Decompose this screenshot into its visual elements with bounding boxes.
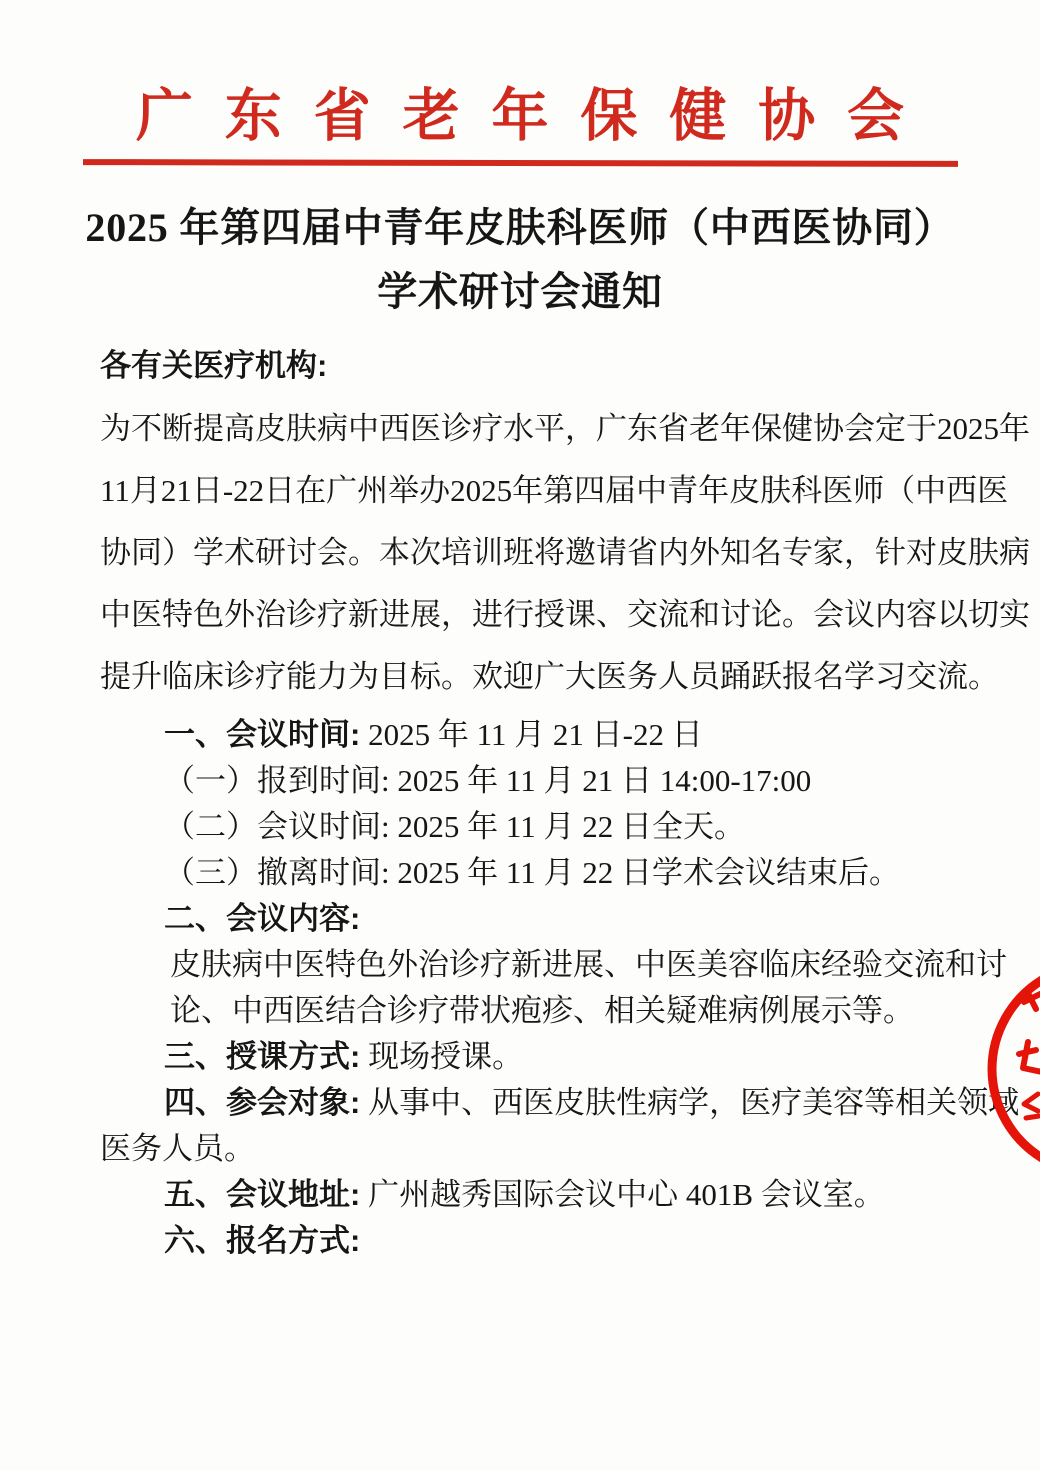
list-line-text: 皮肤病中医特色外治诊疗新进展、中医美容临床经验交流和讨	[170, 947, 1007, 982]
list-line-text: （三）撤离时间: 2025 年 11 月 22 日学术会议结束后。	[164, 855, 900, 890]
document-title: 2025 年第四届中青年皮肤科医师（中西医协同） 学术研讨会通知	[60, 196, 980, 324]
salutation: 各有关医疗机构:	[100, 344, 944, 388]
list-line-checkin-time: （一）报到时间: 2025 年 11 月 21 日 14:00-17:00	[100, 758, 944, 804]
intro-line: 中医特色外治诊疗新进展，进行授课、交流和讨论。会议内容以切实	[100, 584, 944, 646]
intro-line: 协同）学术研讨会。本次培训班将邀请省内外知名专家，针对皮肤病	[100, 522, 944, 584]
list-line-text: （二）会议时间: 2025 年 11 月 22 日全天。	[164, 809, 745, 844]
list-line-text: 广州越秀国际会议中心 401B 会议室。	[360, 1177, 884, 1212]
intro-line: 11月21日-22日在广州举办2025年第四届中青年皮肤科医师（中西医	[100, 460, 944, 522]
agenda-list: 一、会议时间: 2025 年 11 月 21 日-22 日 （一）报到时间: 2…	[100, 712, 944, 1264]
list-line-content-2: 论、中西医结合诊疗带状疱疹、相关疑难病例展示等。	[100, 988, 944, 1034]
list-line-label: 一、会议时间:	[164, 717, 360, 752]
list-line-venue: 五、会议地址: 广州越秀国际会议中心 401B 会议室。	[100, 1172, 944, 1218]
red-seal-fragment-icon	[986, 962, 1040, 1174]
list-line-text: 论、中西医结合诊疗带状疱疹、相关疑难病例展示等。	[170, 993, 914, 1028]
list-line-content-heading: 二、会议内容:	[100, 896, 944, 942]
list-line-label: 二、会议内容:	[164, 901, 360, 936]
list-line-label: 四、参会对象:	[164, 1085, 360, 1120]
list-line-session-time: （二）会议时间: 2025 年 11 月 22 日全天。	[100, 804, 944, 850]
list-line-label: 五、会议地址:	[164, 1177, 360, 1212]
intro-line: 为不断提高皮肤病中西医诊疗水平，广东省老年保健协会定于2025年	[100, 398, 944, 460]
red-divider-line	[83, 159, 958, 167]
document-title-line-1: 2025 年第四届中青年皮肤科医师（中西医协同）	[60, 196, 980, 260]
list-line-label: 三、授课方式:	[164, 1039, 360, 1074]
list-line-text: 现场授课。	[360, 1039, 523, 1074]
list-line-registration-heading: 六、报名方式:	[100, 1218, 944, 1264]
list-line-text: （一）报到时间: 2025 年 11 月 21 日 14:00-17:00	[164, 763, 811, 798]
list-line-text: 医务人员。	[100, 1131, 255, 1166]
list-line-text: 从事中、西医皮肤性病学，医疗美容等相关领域	[360, 1085, 1019, 1120]
organization-name: 广东省老年保健协会	[0, 0, 1040, 154]
list-line-participants-cont: 医务人员。	[100, 1126, 944, 1172]
list-line-label: 六、报名方式:	[164, 1223, 360, 1258]
list-line-departure-time: （三）撤离时间: 2025 年 11 月 22 日学术会议结束后。	[100, 850, 944, 896]
scanned-notice-page: 广东省老年保健协会 2025 年第四届中青年皮肤科医师（中西医协同） 学术研讨会…	[0, 0, 1040, 1470]
document-title-line-2: 学术研讨会通知	[60, 260, 980, 324]
intro-line: 提升临床诊疗能力为目标。欢迎广大医务人员踊跃报名学习交流。	[100, 646, 944, 708]
list-line-teaching-method: 三、授课方式: 现场授课。	[100, 1034, 944, 1080]
list-line-text: 2025 年 11 月 21 日-22 日	[360, 717, 702, 752]
list-line-content-1: 皮肤病中医特色外治诊疗新进展、中医美容临床经验交流和讨	[100, 942, 944, 988]
list-line-meeting-time: 一、会议时间: 2025 年 11 月 21 日-22 日	[100, 712, 944, 758]
list-line-participants: 四、参会对象: 从事中、西医皮肤性病学，医疗美容等相关领域	[100, 1080, 944, 1126]
intro-paragraph: 为不断提高皮肤病中西医诊疗水平，广东省老年保健协会定于2025年 11月21日-…	[100, 398, 944, 708]
